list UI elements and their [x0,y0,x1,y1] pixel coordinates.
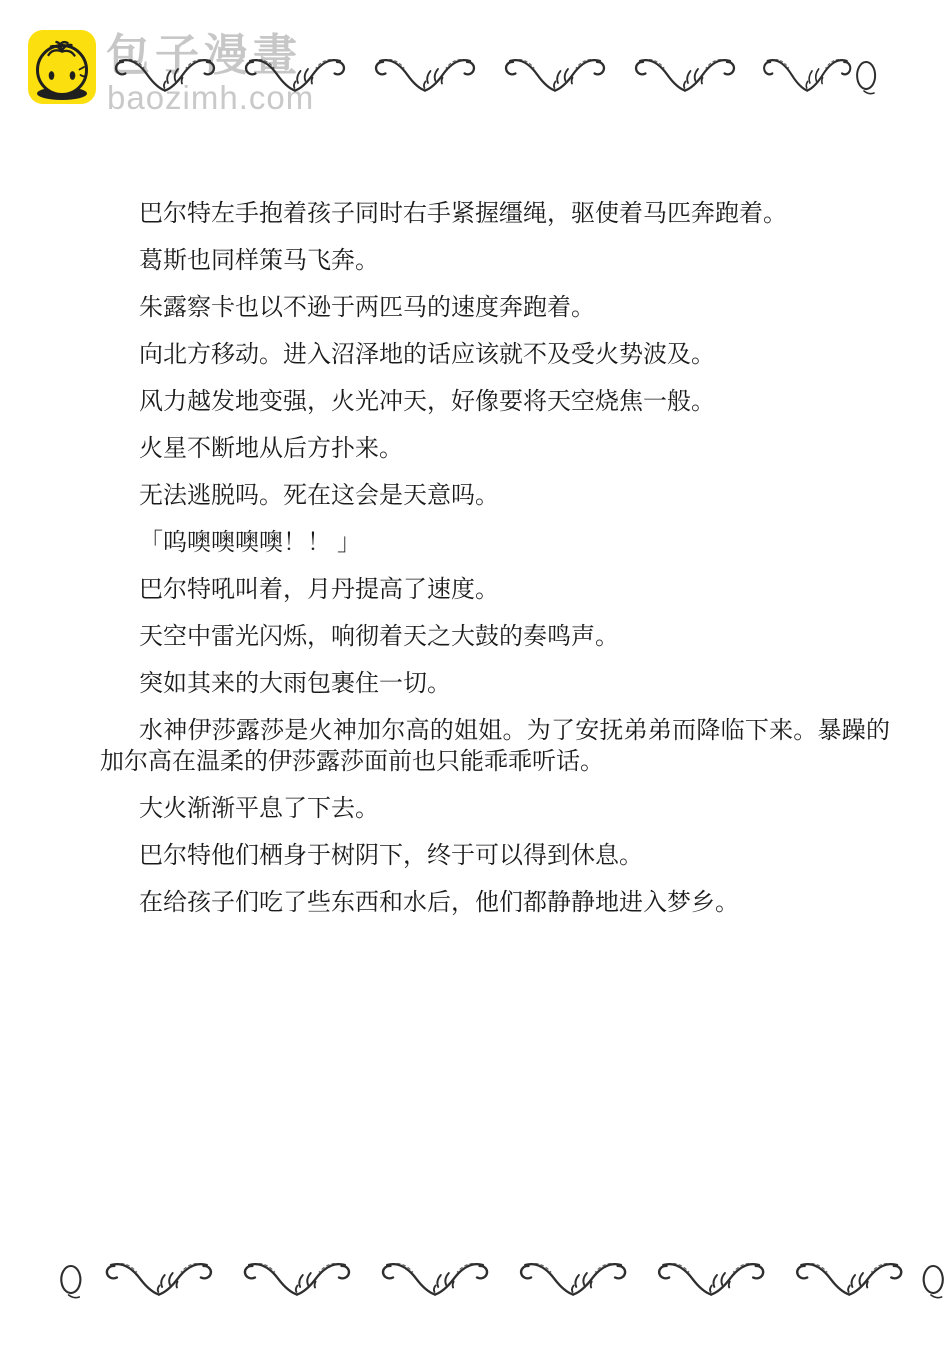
paragraph: 向北方移动。进入沼泽地的话应该就不及受火势波及。 [100,340,890,371]
paragraph: 天空中雷光闪烁，响彻着天之大鼓的奏鸣声。 [100,622,890,653]
paragraph: 风力越发地变强，火光冲天，好像要将天空烧焦一般。 [100,387,890,418]
paragraph: 葛斯也同样策马飞奔。 [100,246,890,277]
paragraph: 水神伊莎露莎是火神加尔高的姐姐。为了安抚弟弟而降临下来。暴躁的加尔高在温柔的伊莎… [100,716,890,778]
scroll-ornament-bottom [58,1256,948,1308]
paragraph: 朱露察卡也以不逊于两匹马的速度奔跑着。 [100,293,890,324]
paragraph: 大火渐渐平息了下去。 [100,794,890,825]
paragraph: 无法逃脱吗。死在这会是天意吗。 [100,481,890,512]
novel-text-block: 巴尔特左手抱着孩子同时右手紧握缰绳，驱使着马匹奔跑着。葛斯也同样策马飞奔。朱露察… [100,199,890,935]
paragraph: 「呜噢噢噢噢！！ 」 [100,528,890,559]
paragraph: 巴尔特他们栖身于树阴下，终于可以得到休息。 [100,841,890,872]
paragraph: 巴尔特吼叫着，月丹提高了速度。 [100,575,890,606]
baozi-logo-icon [28,30,96,104]
scroll-ornament-top [100,52,880,104]
paragraph: 突如其来的大雨包裹住一切。 [100,669,890,700]
novel-reader-page: 包子漫畫 baozimh.com 巴尔特左手抱着孩子同时右手紧握缰绳，驱使着马匹… [0,0,952,1360]
paragraph: 在给孩子们吃了些东西和水后，他们都静静地进入梦乡。 [100,888,890,919]
paragraph: 火星不断地从后方扑来。 [100,434,890,465]
paragraph: 巴尔特左手抱着孩子同时右手紧握缰绳，驱使着马匹奔跑着。 [100,199,890,230]
